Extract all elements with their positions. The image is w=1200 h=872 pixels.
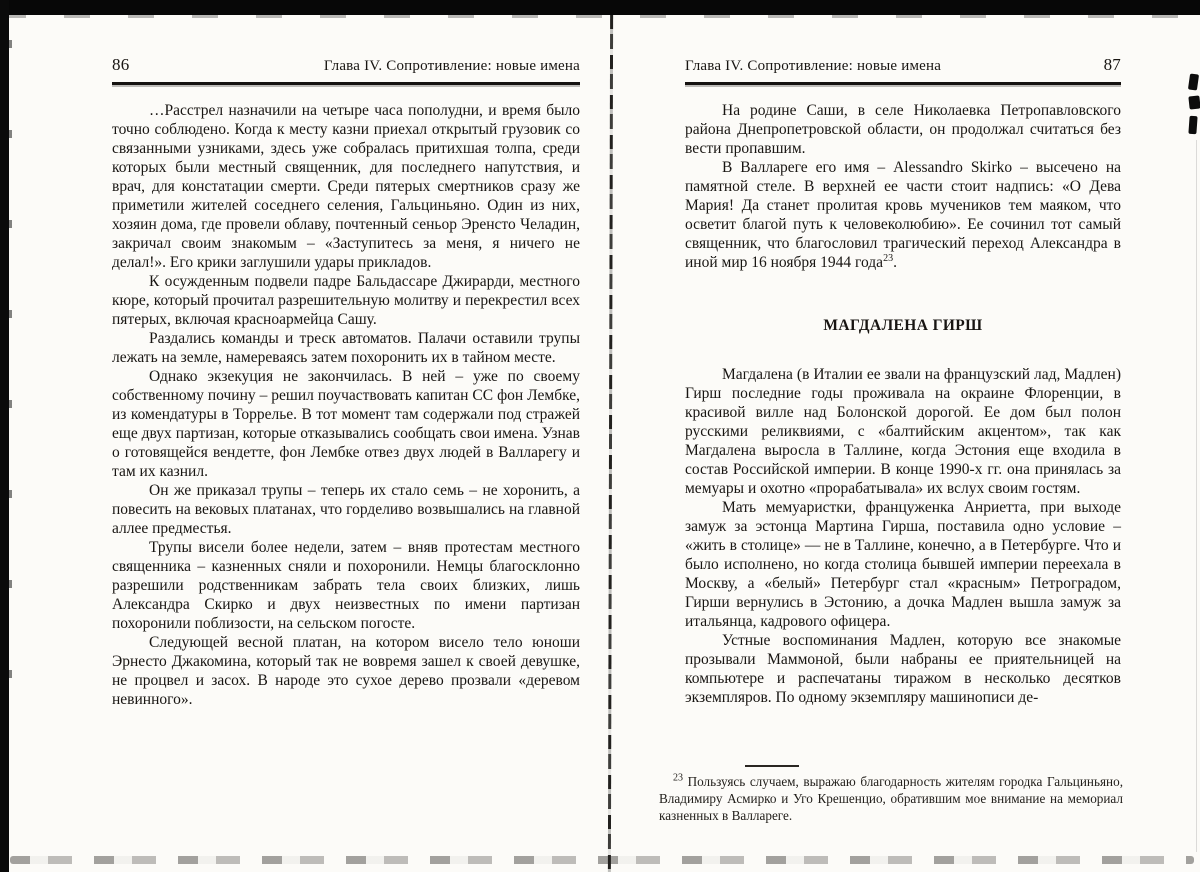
scan-left-edge	[0, 0, 9, 872]
book-scan: 86 Глава IV. Сопротивление: новые имена …	[0, 0, 1200, 872]
page-right: Глава IV. Сопротивление: новые имена 87 …	[685, 55, 1121, 707]
scan-bottom-noise	[10, 856, 1194, 864]
running-title-left: Глава IV. Сопротивление: новые имена	[324, 58, 580, 75]
body-paragraph: К осужденным подвели падре Бальдассаре Д…	[112, 272, 580, 329]
page-header-right: Глава IV. Сопротивление: новые имена 87	[685, 55, 1121, 75]
body-paragraph: Мать мемуаристки, француженка Анриетта, …	[685, 498, 1121, 631]
body-paragraph: Он же приказал трупы – теперь их стало с…	[112, 481, 580, 538]
footnote-separator	[745, 765, 799, 767]
running-title-right: Глава IV. Сопротивление: новые имена	[685, 58, 941, 75]
footnote-reference: 23	[883, 253, 893, 264]
body-paragraph-with-footnote: В Валлареге его имя – Alessandro Skirko …	[685, 158, 1121, 272]
page-left: 86 Глава IV. Сопротивление: новые имена …	[112, 55, 580, 709]
header-rule-right	[685, 82, 1121, 85]
paragraph-tail: .	[893, 254, 897, 271]
page-number-right: 87	[1104, 55, 1121, 75]
body-paragraph: …Расстрел назначили на четыре часа попол…	[112, 101, 580, 272]
page-header-left: 86 Глава IV. Сопротивление: новые имена	[112, 55, 580, 75]
section-heading: МАГДАЛЕНА ГИРШ	[685, 316, 1121, 335]
book-gutter-line	[608, 15, 613, 872]
scan-right-edge	[1196, 140, 1197, 852]
body-paragraph: Однако экзекуция не закончилась. В ней –…	[112, 367, 580, 481]
body-text-left: …Расстрел назначили на четыре часа попол…	[112, 101, 580, 709]
body-paragraph: Магдалена (в Италии ее звали на французс…	[685, 365, 1121, 498]
scan-top-edge	[0, 0, 1200, 15]
page-number-left: 86	[112, 55, 129, 75]
scan-tear-marks	[1184, 70, 1200, 150]
body-paragraph: Устные воспоминания Мадлен, которую все …	[685, 631, 1121, 707]
body-paragraph: На родине Саши, в селе Николаевка Петроп…	[685, 101, 1121, 158]
body-paragraph: Трупы висели более недели, затем – вняв …	[112, 538, 580, 633]
footnote-area: 23 Пользуясь случаем, выражаю благодарно…	[659, 765, 1123, 824]
header-rule-left	[112, 82, 580, 85]
body-paragraph: Раздались команды и треск автоматов. Пал…	[112, 329, 580, 367]
footnote-body: Пользуясь случаем, выражаю благодарность…	[659, 774, 1123, 823]
footnote-marker: 23	[673, 773, 683, 784]
body-text-right: На родине Саши, в селе Николаевка Петроп…	[685, 101, 1121, 707]
paragraph-text: В Валлареге его имя – Alessandro Skirko …	[685, 159, 1121, 271]
footnote-text: 23 Пользуясь случаем, выражаю благодарно…	[659, 774, 1123, 824]
body-paragraph: Следующей весной платан, на котором висе…	[112, 633, 580, 709]
